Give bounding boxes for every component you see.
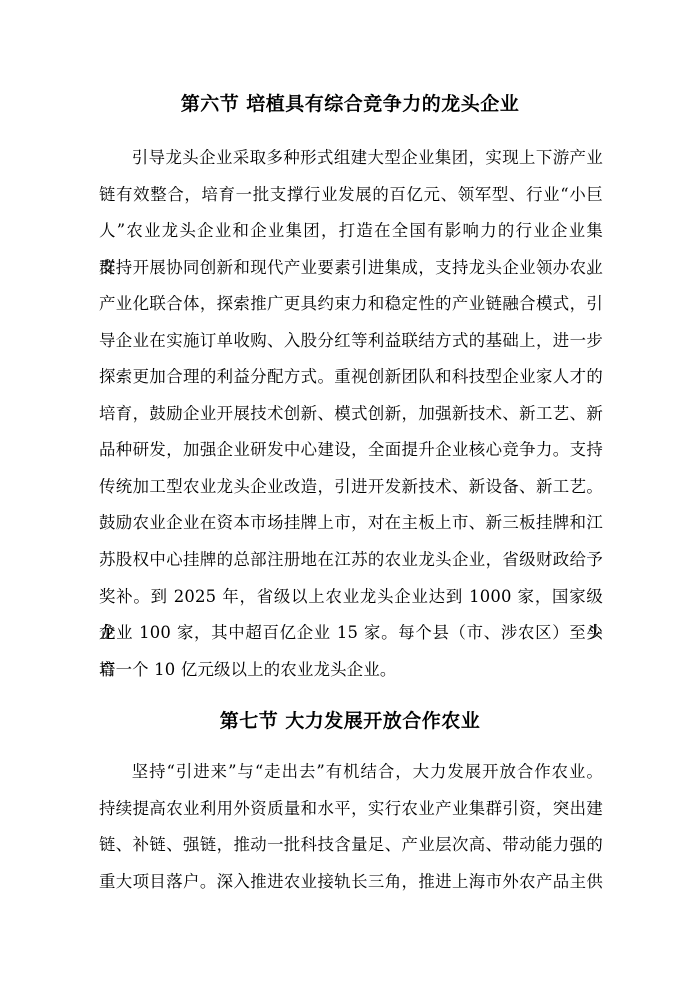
text-line: 支持开展协同创新和现代产业要素引进集成，支持龙头企业领办农业 xyxy=(99,250,603,287)
text-line: 重大项目落户。深入推进农业接轨长三角，推进上海市外农产品主供 xyxy=(99,864,603,901)
text-line: 企业 100 家，其中超百亿企业 15 家。每个县（市、涉农区）至少培 xyxy=(99,615,603,652)
text-line: 育一个 10 亿元级以上的农业龙头企业。 xyxy=(99,652,603,689)
paragraph-section-six: 引导龙头企业采取多种形式组建大型企业集团，实现上下游产业 链有效整合，培育一批支… xyxy=(99,140,603,688)
text-line: 链、补链、强链，推动一批科技含量足、产业层次高、带动能力强的 xyxy=(99,827,603,864)
text-line: 引导龙头企业采取多种形式组建大型企业集团，实现上下游产业 xyxy=(99,140,603,177)
text-line: 苏股权中心挂牌的总部注册地在江苏的农业龙头企业，省级财政给予 xyxy=(99,542,603,579)
section-heading-six: 第六节 培植具有综合竞争力的龙头企业 xyxy=(0,89,700,116)
text-line: 产业化联合体，探索推广更具约束力和稳定性的产业链融合模式，引 xyxy=(99,286,603,323)
text-line: 传统加工型农业龙头企业改造，引进开发新技术、新设备、新工艺。 xyxy=(99,469,603,506)
text-line: 鼓励农业企业在资本市场挂牌上市，对在主板上市、新三板挂牌和江 xyxy=(99,505,603,542)
paragraph-section-seven: 坚持“引进来”与“走出去”有机结合，大力发展开放合作农业。 持续提高农业利用外资… xyxy=(99,754,603,900)
text-line: 链有效整合，培育一批支撑行业发展的百亿元、领军型、行业“小巨 xyxy=(99,177,603,214)
document-page: 第六节 培植具有综合竞争力的龙头企业 引导龙头企业采取多种形式组建大型企业集团，… xyxy=(0,0,700,990)
text-line: 持续提高农业利用外资质量和水平，实行农业产业集群引资，突出建 xyxy=(99,791,603,828)
text-line: 品种研发，加强企业研发中心建设，全面提升企业核心竞争力。支持 xyxy=(99,432,603,469)
text-line: 奖补。到 2025 年，省级以上农业龙头企业达到 1000 家，国家级龙头 xyxy=(99,579,603,616)
text-line: 探索更加合理的利益分配方式。重视创新团队和科技型企业家人才的 xyxy=(99,359,603,396)
text-line: 导企业在实施订单收购、入股分红等利益联结方式的基础上，进一步 xyxy=(99,323,603,360)
text-line: 培育，鼓励企业开展技术创新、模式创新，加强新技术、新工艺、新 xyxy=(99,396,603,433)
text-line: 人”农业龙头企业和企业集团，打造在全国有影响力的行业企业集群。 xyxy=(99,213,603,250)
section-heading-seven: 第七节 大力发展开放合作农业 xyxy=(0,706,700,733)
text-line: 坚持“引进来”与“走出去”有机结合，大力发展开放合作农业。 xyxy=(99,754,603,791)
